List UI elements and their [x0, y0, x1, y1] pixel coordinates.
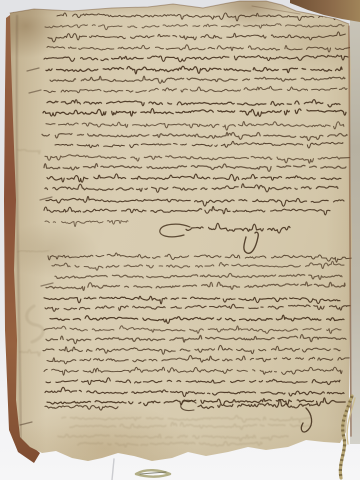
page-edge-accents — [10, 1, 351, 438]
act-1-signature-ink — [160, 223, 290, 236]
act-1-ink — [42, 13, 352, 227]
act-2-ink — [43, 253, 357, 406]
act-2-closing-ink — [45, 405, 118, 410]
manuscript-ink-layer — [0, 0, 360, 480]
notary-paraph-ink — [244, 232, 258, 253]
manuscript-text-ink — [20, 13, 357, 432]
scanned-manuscript-photo: Page d'un registre notarial manuscrit (c… — [0, 0, 360, 480]
